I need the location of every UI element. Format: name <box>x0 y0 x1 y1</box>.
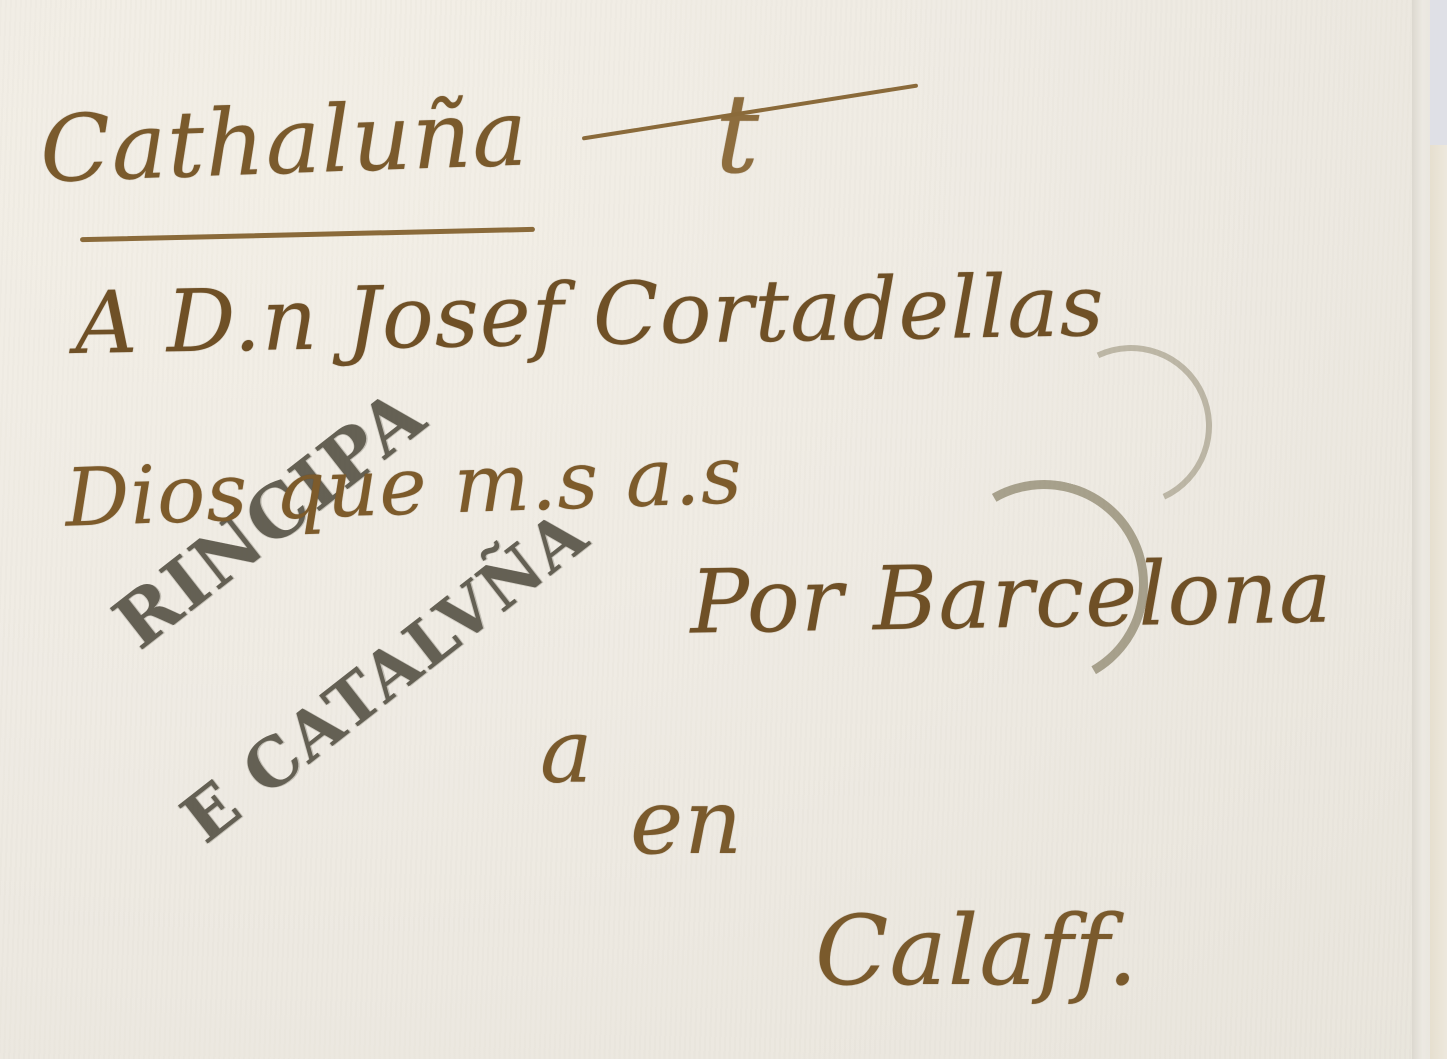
destination-line: Calaff. <box>815 895 1139 1007</box>
region-line: Cathaluña <box>38 80 530 204</box>
region-flourish: t <box>715 70 760 198</box>
paper-back-flap <box>1430 145 1447 1059</box>
to-line: a <box>540 700 593 803</box>
recipient-line: A D.n Josef Cortadellas <box>74 256 1105 374</box>
in-line: en <box>630 770 743 875</box>
background-strip <box>1430 0 1447 145</box>
via-line: Por Barcelona <box>689 539 1333 653</box>
